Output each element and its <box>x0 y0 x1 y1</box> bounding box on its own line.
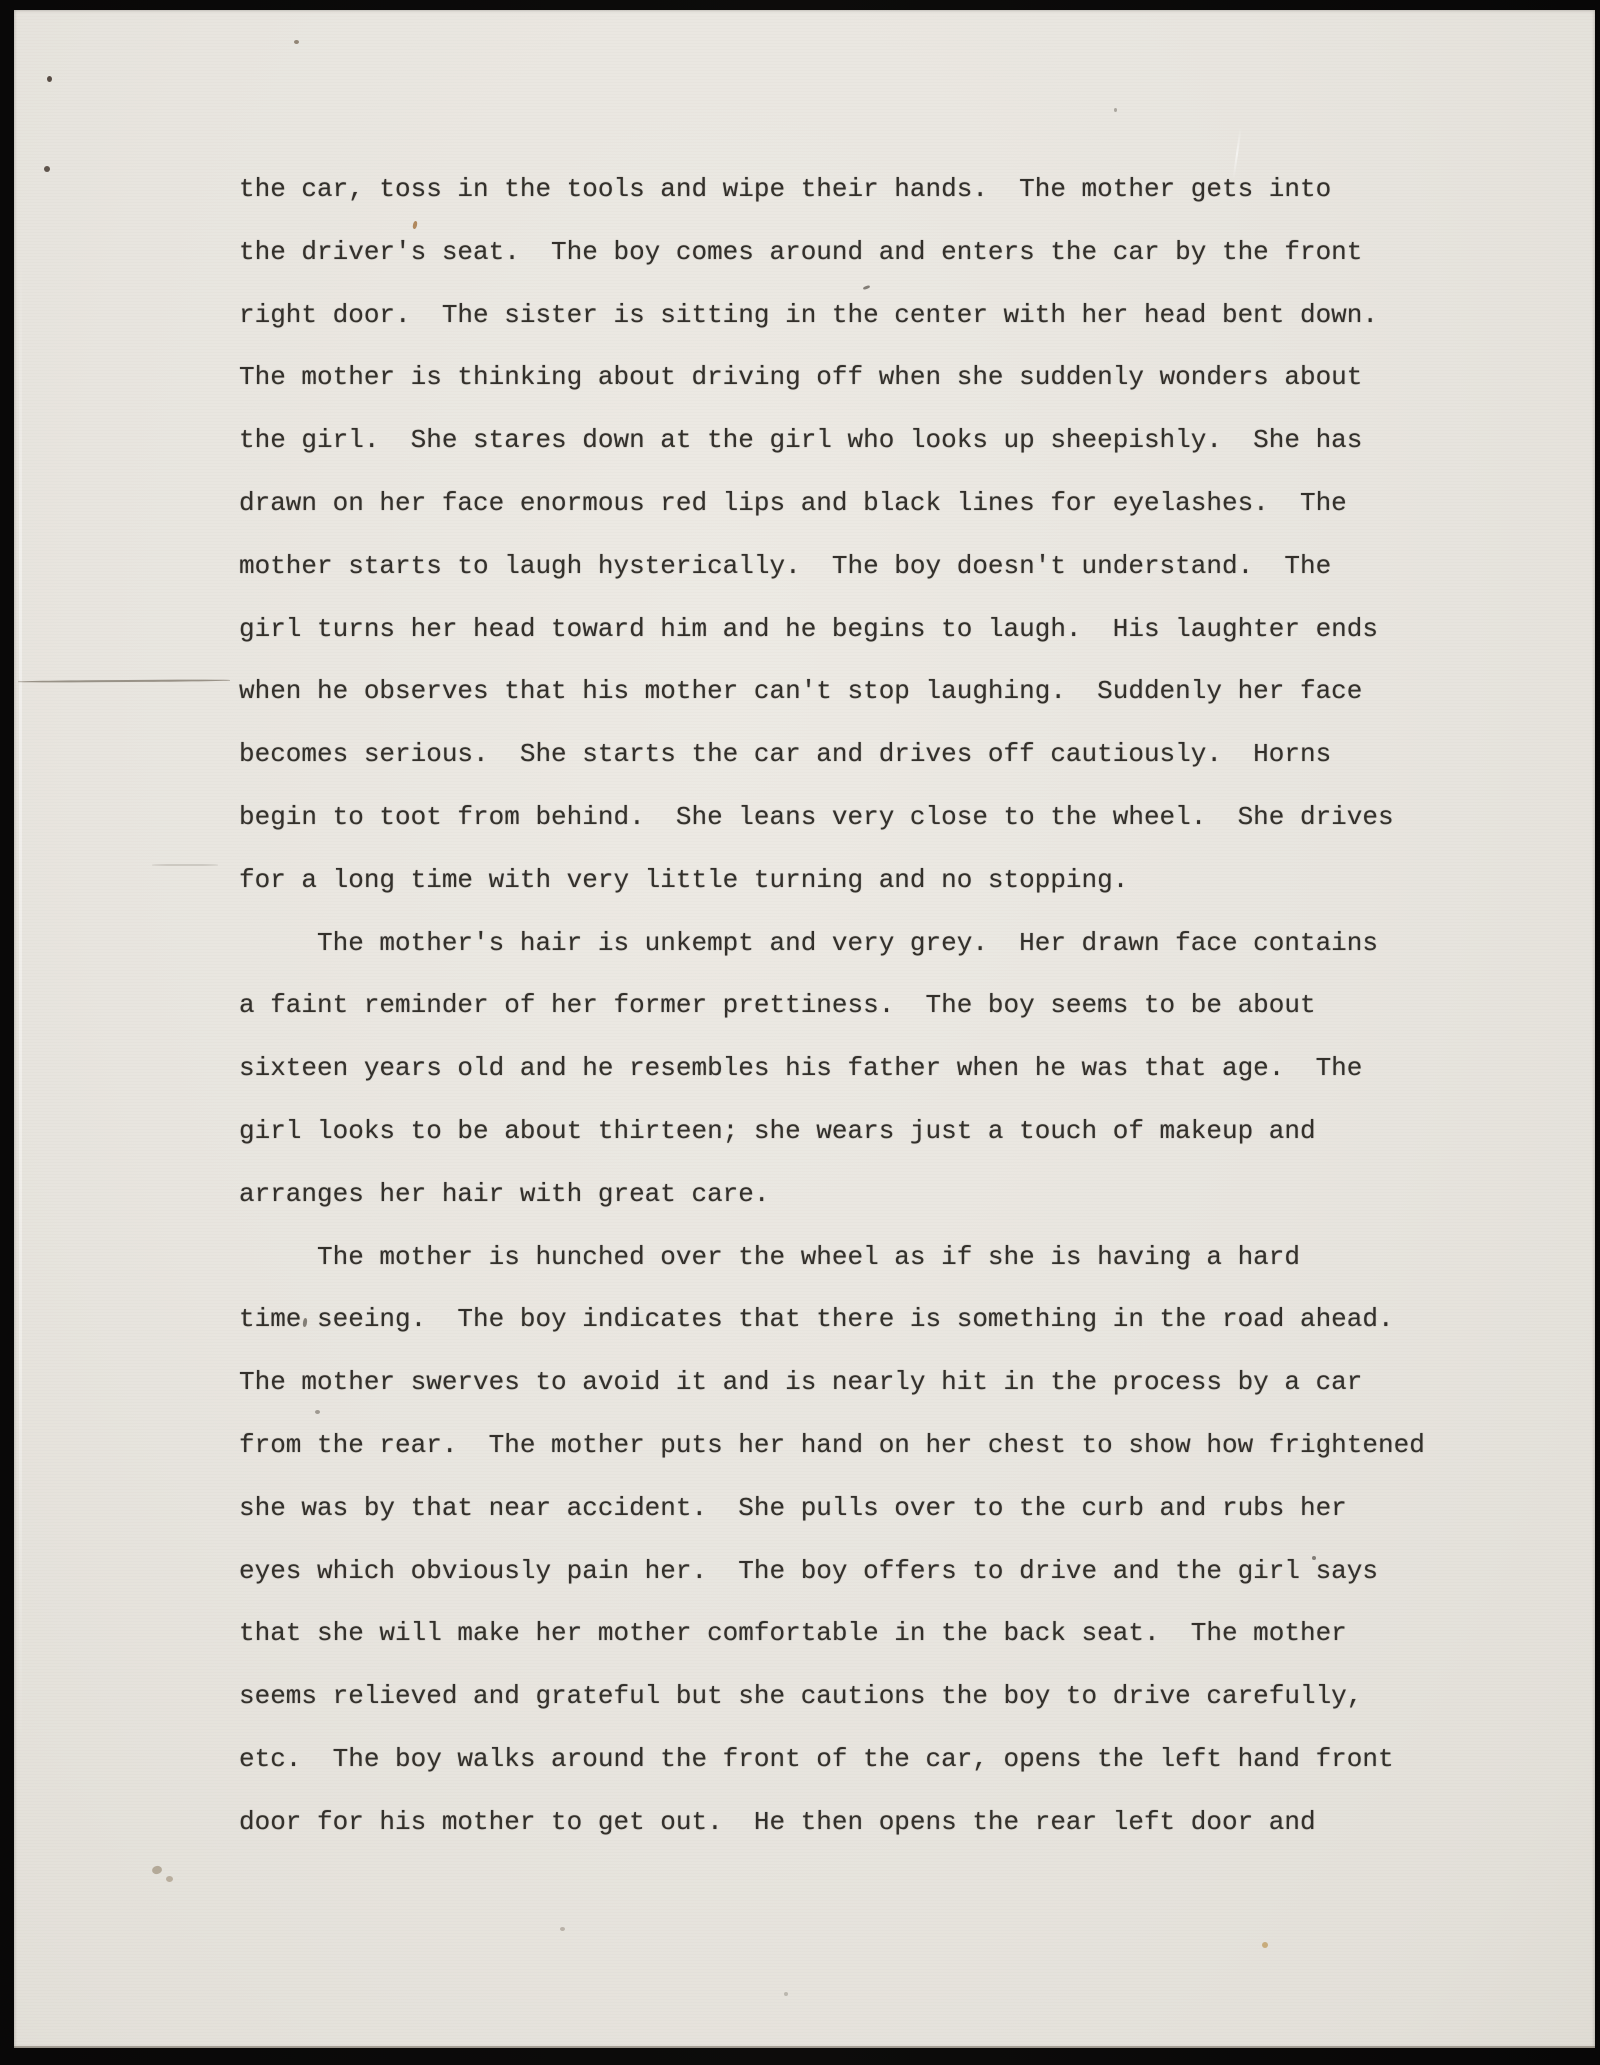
pencil-dash <box>152 864 218 866</box>
scan-smudge <box>166 1876 173 1882</box>
scan-speck <box>1114 108 1117 112</box>
text-line: The mother swerves to avoid it and is ne… <box>239 1351 1425 1414</box>
text-line: girl looks to be about thirteen; she wea… <box>239 1100 1425 1163</box>
scan-speck <box>1262 1942 1268 1948</box>
text-line: girl turns her head toward him and he be… <box>239 598 1425 661</box>
text-line: the car, toss in the tools and wipe thei… <box>239 158 1425 221</box>
pencil-line <box>18 679 230 682</box>
text-line: becomes serious. She starts the car and … <box>239 723 1425 786</box>
text-line: when he observes that his mother can't s… <box>239 660 1425 723</box>
text-line: she was by that near accident. She pulls… <box>239 1477 1425 1540</box>
scan-speck <box>560 1927 565 1931</box>
text-line: for a long time with very little turning… <box>239 849 1425 912</box>
text-line: drawn on her face enormous red lips and … <box>239 472 1425 535</box>
text-line: seems relieved and grateful but she caut… <box>239 1665 1425 1728</box>
scan-smudge <box>151 1865 163 1875</box>
text-line: etc. The boy walks around the front of t… <box>239 1728 1425 1791</box>
text-line: from the rear. The mother puts her hand … <box>239 1414 1425 1477</box>
text-line: The mother is thinking about driving off… <box>239 346 1425 409</box>
text-line: door for his mother to get out. He then … <box>239 1791 1425 1854</box>
text-line: The mother's hair is unkempt and very gr… <box>239 912 1425 975</box>
text-line: mother starts to laugh hysterically. The… <box>239 535 1425 598</box>
scanned-page-background: the car, toss in the tools and wipe thei… <box>0 0 1600 2065</box>
text-line: begin to toot from behind. She leans ver… <box>239 786 1425 849</box>
text-line: right door. The sister is sitting in the… <box>239 284 1425 347</box>
text-line: arranges her hair with great care. <box>239 1163 1425 1226</box>
scan-speck <box>784 1992 788 1996</box>
text-line: that she will make her mother comfortabl… <box>239 1602 1425 1665</box>
typewritten-text-block: the car, toss in the tools and wipe thei… <box>239 158 1425 1854</box>
paper-sheet: the car, toss in the tools and wipe thei… <box>14 10 1595 2048</box>
text-line: The mother is hunched over the wheel as … <box>239 1226 1425 1289</box>
text-line: a faint reminder of her former prettines… <box>239 974 1425 1037</box>
scan-speck <box>47 76 52 82</box>
text-line: sixteen years old and he resembles his f… <box>239 1037 1425 1100</box>
text-line: eyes which obviously pain her. The boy o… <box>239 1540 1425 1603</box>
scan-speck <box>294 40 299 44</box>
text-line: time seeing. The boy indicates that ther… <box>239 1288 1425 1351</box>
text-line: the driver's seat. The boy comes around … <box>239 221 1425 284</box>
scan-speck <box>44 166 50 172</box>
paper-crease-left <box>19 250 22 1750</box>
text-line: the girl. She stares down at the girl wh… <box>239 409 1425 472</box>
